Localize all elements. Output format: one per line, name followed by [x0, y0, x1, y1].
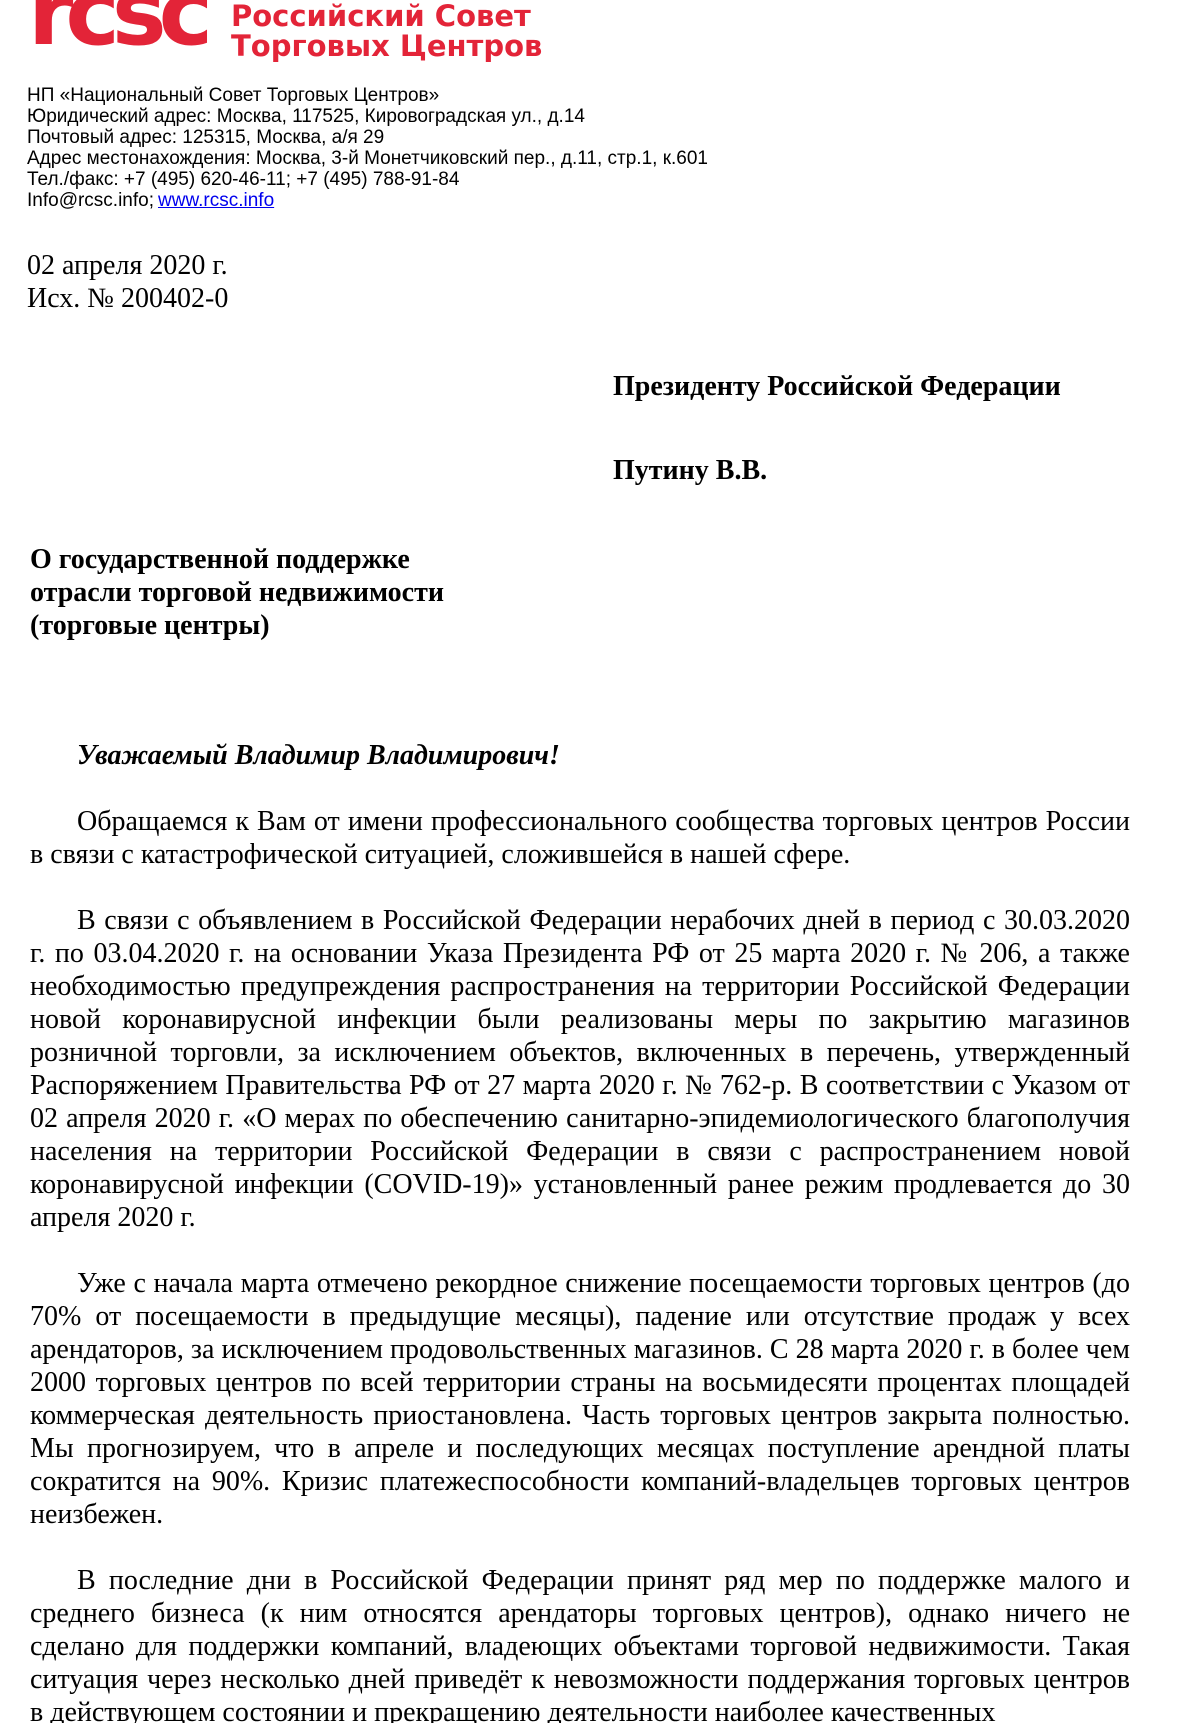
- address-block: НП «Национальный Совет Торговых Центров»…: [27, 85, 708, 211]
- body-paragraph: Уже с начала марта отмечено рекордное сн…: [30, 1267, 1130, 1531]
- org-name-line2: Торговых Центров: [231, 31, 542, 61]
- location-address: Адрес местонахождения: Москва, 3-й Монет…: [27, 148, 708, 169]
- website-link[interactable]: www.rcsc.info: [158, 190, 274, 211]
- subject-line3: (торговые центры): [30, 609, 1130, 642]
- org-name-line1: Российский Совет: [231, 1, 542, 31]
- contact-line: Info@rcsc.info;www.rcsc.info: [27, 190, 708, 211]
- body-paragraph: Обращаемся к Вам от имени профессиональн…: [30, 805, 1130, 871]
- letterhead: rcsc Российский Совет Торговых Центров Н…: [30, 0, 1130, 222]
- addressee-block: Президенту Российской Федерации Путину В…: [613, 370, 1130, 487]
- legal-address: Юридический адрес: Москва, 117525, Киров…: [27, 106, 708, 127]
- org-name: Российский Совет Торговых Центров: [231, 1, 542, 61]
- outgoing-number: Исх. № 200402-0: [27, 282, 1130, 315]
- postal-address: Почтовый адрес: 125315, Москва, а/я 29: [27, 127, 708, 148]
- body-paragraph: В связи с объявлением в Российской Федер…: [30, 904, 1130, 1234]
- salutation: Уважаемый Владимир Владимирович!: [77, 739, 1130, 772]
- body-paragraph: В последние дни в Российской Федерации п…: [30, 1564, 1130, 1723]
- addressee-title: Президенту Российской Федерации: [613, 370, 1130, 403]
- subject-line1: О государственной поддержке: [30, 543, 1130, 576]
- org-legal-name: НП «Национальный Совет Торговых Центров»: [27, 85, 708, 106]
- subject-line2: отрасли торговой недвижимости: [30, 576, 1130, 609]
- subject-block: О государственной поддержке отрасли торг…: [30, 543, 1130, 642]
- addressee-name: Путину В.В.: [613, 454, 1130, 487]
- email-text: Info@rcsc.info;: [27, 190, 154, 211]
- letter-page: rcsc Российский Совет Торговых Центров Н…: [0, 0, 1200, 1723]
- phone-fax-line: Тел./факс: +7 (495) 620-46-11; +7 (495) …: [27, 169, 708, 190]
- letter-body: Обращаемся к Вам от имени профессиональн…: [30, 805, 1130, 1723]
- reference-block: 02 апреля 2020 г. Исх. № 200402-0: [27, 222, 1130, 315]
- letter-date: 02 апреля 2020 г.: [27, 249, 1130, 282]
- rcsc-logo: rcsc: [28, 0, 205, 66]
